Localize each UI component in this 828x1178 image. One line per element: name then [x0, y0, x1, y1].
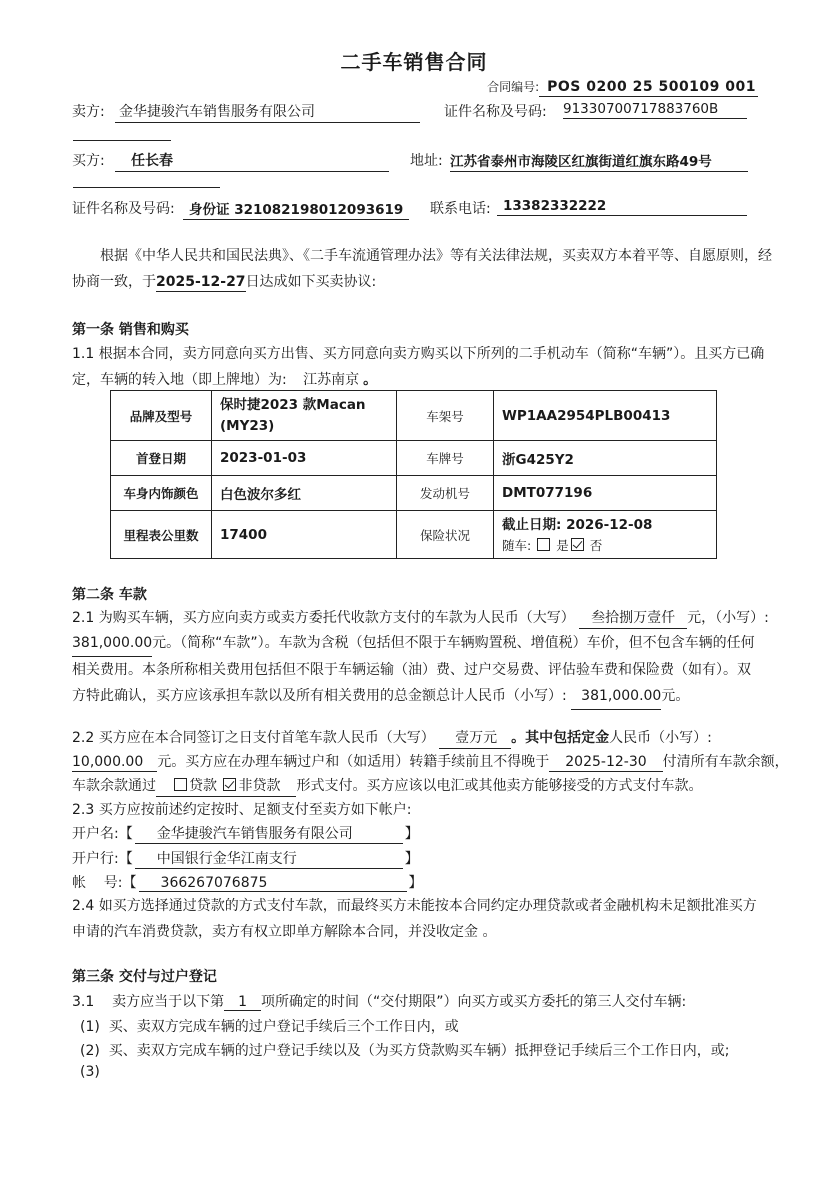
table-row: 车身内饰颜色 白色波尔多红 发动机号 DMT077196: [111, 476, 717, 511]
article-1-1-line-1: 1.1 根据本合同，卖方同意向买方出售、买方同意向卖方购买以下所列的二手机动车（…: [72, 343, 764, 363]
buyer-label: 买方:: [72, 150, 105, 170]
preamble-text: 协商一致，于: [72, 274, 156, 290]
insurance-expiry: 截止日期: 2026-12-08: [502, 514, 708, 536]
article-3-1-text-b: 项所确定的时间（“交付期限”）向买方或买方委托的第三人交付车辆:: [261, 994, 686, 1010]
article-2-1-text: 2.1 为购买车辆，买方应向卖方或卖方委托代收款方支付的车款为人民币（大写）: [72, 610, 575, 626]
article-3-1-text: 3.1 卖方应当于以下第: [72, 994, 224, 1010]
bracket: 【: [119, 826, 133, 842]
article-1-1-line-2: 定，车辆的转入地（即上牌地）为: 江苏南京。: [72, 369, 377, 391]
delivery-option-no: 1: [224, 994, 261, 1011]
with-car-label: 随车:: [502, 538, 531, 553]
destination-label: 定，车辆的转入地（即上牌地）为:: [72, 372, 287, 388]
buyer-phone-label: 联系电话:: [430, 198, 491, 218]
buyer-address: 江苏省泰州市海陵区红旗街道红旗东路49号: [450, 154, 712, 170]
account-number-label: 帐 号:: [72, 875, 123, 891]
article-2-4: 2.4 如买方选择通过贷款的方式支付车款，而最终买方未能按本合同约定办理贷款或者…: [72, 893, 762, 945]
plate-label: 车牌号: [397, 441, 494, 476]
period: 。: [511, 730, 525, 746]
delivery-option-2: (2) 买、卖双方完成车辆的过户登记手续以及（为买方贷款购买车辆）抵押登记手续后…: [80, 1040, 729, 1060]
buyer-address-label: 地址:: [410, 150, 443, 170]
price-upper: 叁拾捌万壹仟: [579, 607, 687, 629]
vehicle-info-table: 品牌及型号 保时捷2023 款Macan (MY23) 车架号 WP1AA295…: [110, 390, 717, 559]
article-2-1-body: 381,000.00元。（简称“车款”）。车款为含税（包括但不限于车辆购置税、增…: [72, 630, 762, 710]
non-loan-label: 非贷款: [238, 778, 280, 794]
article-3-1: 3.1 卖方应当于以下第1项所确定的时间（“交付期限”）向买方或买方委托的第三人…: [72, 991, 686, 1011]
engine-no-value: DMT077196: [494, 476, 717, 511]
destination-value: 江苏南京: [291, 369, 363, 391]
insurance-label: 保险状况: [397, 511, 494, 559]
contract-number: 合同编号:POS 0200 25 500109 001: [487, 78, 758, 95]
article-2-2-text: 2.2 买方应在本合同签订之日支付首笔车款人民币（大写）: [72, 730, 435, 746]
article-1-heading: 第一条 销售和购买: [72, 319, 189, 339]
seller-id-label: 证件名称及号码:: [444, 101, 547, 121]
account-name-row: 开户名:【金华捷骏汽车销售服务有限公司】: [72, 823, 419, 844]
account-bank-label: 开户行:: [72, 851, 119, 867]
first-payment-lower: 10,000.00: [72, 754, 157, 772]
article-2-1-end: 元。: [661, 688, 689, 704]
contract-number-label: 合同编号:: [487, 80, 539, 94]
buyer-id-label: 证件名称及号码:: [72, 198, 175, 218]
loan-label: 贷款: [189, 778, 217, 794]
price-lower: 381,000.00: [72, 630, 152, 657]
insurance-no-label: 否: [590, 538, 603, 553]
buyer-name-field: 任长春: [115, 150, 389, 172]
agreement-date: 2025-12-27: [156, 274, 246, 292]
total-lower: 381,000.00: [571, 683, 661, 710]
delivery-option-3: (3): [80, 1064, 100, 1080]
account-number-row: 帐 号:【366267076875】: [72, 872, 423, 892]
payment-method-label: 车款余款通过: [72, 778, 156, 794]
table-row: 品牌及型号 保时捷2023 款Macan (MY23) 车架号 WP1AA295…: [111, 391, 717, 441]
insurance-no-checkbox[interactable]: [571, 538, 584, 551]
buyer-phone-field: 13382332222: [497, 198, 747, 216]
buyer-continuation-line: [73, 187, 220, 188]
bracket: 】: [409, 875, 423, 891]
non-loan-checkbox[interactable]: [223, 778, 236, 791]
account-bank: 中国银行金华江南支行: [135, 848, 403, 869]
article-2-2-text-g: 形式支付。买方应该以电汇或其他卖方能够接受的方式支付车款。: [296, 778, 702, 794]
first-payment-upper: 壹万元: [439, 727, 511, 749]
delivery-option-1: (1) 买、卖双方完成车辆的过户登记手续后三个工作日内，或: [80, 1016, 459, 1036]
deposit-included-text: 其中包括定金: [525, 730, 609, 746]
account-name: 金华捷骏汽车销售服务有限公司: [135, 823, 403, 844]
account-bank-row: 开户行:【中国银行金华江南支行】: [72, 848, 419, 869]
article-2-1-text-b: 元，（小写）:: [687, 610, 769, 626]
engine-no-label: 发动机号: [397, 476, 494, 511]
color-label: 车身内饰颜色: [111, 476, 212, 511]
first-registration-value: 2023-01-03: [212, 441, 397, 476]
article-2-3: 2.3 买方应按前述约定按时、足额支付至卖方如下帐户:: [72, 799, 411, 819]
buyer-address-field: 江苏省泰州市海陵区红旗街道红旗东路49号: [450, 150, 748, 172]
article-2-2-line-2: 10,000.00元。买方应在办理车辆过户和（如适用）转籍手续前且不得晚于202…: [72, 751, 789, 772]
vin-label: 车架号: [397, 391, 494, 441]
seller-name-field: 金华捷骏汽车销售服务有限公司: [115, 101, 420, 123]
preamble-line-2: 协商一致，于2025-12-27日达成如下买卖协议:: [72, 271, 376, 292]
color-value: 白色波尔多红: [212, 476, 397, 511]
seller-id-value: 91330700717883760B: [563, 101, 718, 117]
brand-model-value: 保时捷2023 款Macan (MY23): [212, 391, 397, 441]
plate-value: 浙G425Y2: [494, 441, 717, 476]
period: 。: [363, 372, 377, 388]
article-2-2-text-c: 人民币（小写）:: [609, 730, 712, 746]
bracket: 【: [119, 851, 133, 867]
insurance-yes-label: 是: [556, 538, 569, 553]
bracket: 】: [405, 826, 419, 842]
article-2-2-line-3: 车款余款通过贷款 非贷款形式支付。买方应该以电汇或其他卖方能够接受的方式支付车款…: [72, 775, 702, 797]
preamble-text-end: 日达成如下买卖协议:: [246, 274, 377, 290]
brand-model-label: 品牌及型号: [111, 391, 212, 441]
article-2-2-text-d: 元。买方应在办理车辆过户和（如适用）转籍手续前且不得晚于: [157, 754, 549, 770]
table-row: 首登日期 2023-01-03 车牌号 浙G425Y2: [111, 441, 717, 476]
article-3-heading: 第三条 交付与过户登记: [72, 966, 217, 986]
seller-label: 卖方:: [72, 101, 105, 121]
account-number: 366267076875: [139, 875, 407, 892]
vin-value: WP1AA2954PLB00413: [494, 391, 717, 441]
bracket: 【: [123, 875, 137, 891]
buyer-name: 任长春: [115, 153, 173, 169]
insurance-yes-checkbox[interactable]: [537, 538, 550, 551]
buyer-phone: 13382332222: [497, 198, 606, 214]
insurance-with-car: 随车: 是 否: [502, 536, 708, 556]
account-name-label: 开户名:: [72, 826, 119, 842]
payment-method-field: 贷款 非贷款: [156, 775, 296, 797]
article-2-1-line-1: 2.1 为购买车辆，买方应向卖方或卖方委托代收款方支付的车款为人民币（大写） 叁…: [72, 607, 769, 629]
insurance-cell: 截止日期: 2026-12-08 随车: 是 否: [494, 511, 717, 559]
bracket: 】: [405, 851, 419, 867]
article-2-heading: 第二条 车款: [72, 584, 147, 604]
article-2-2-line-1: 2.2 买方应在本合同签订之日支付首笔车款人民币（大写） 壹万元。其中包括定金人…: [72, 727, 712, 749]
first-registration-label: 首登日期: [111, 441, 212, 476]
seller-id-field: 91330700717883760B: [563, 101, 747, 119]
preamble-line-1: 根据《中华人民共和国民法典》、《二手车流通管理办法》等有关法律法规，买卖双方本着…: [100, 245, 772, 265]
buyer-id-value: 身份证 321082198012093619: [183, 202, 403, 218]
document-title: 二手车销售合同: [0, 46, 828, 75]
odometer-label: 里程表公里数: [111, 511, 212, 559]
buyer-id-field: 身份证 321082198012093619: [183, 198, 409, 220]
odometer-value: 17400: [212, 511, 397, 559]
balance-deadline: 2025-12-30: [549, 754, 662, 772]
article-2-2-text-e: 付清所有车款余额，: [663, 754, 789, 770]
table-row: 里程表公里数 17400 保险状况 截止日期: 2026-12-08 随车: 是…: [111, 511, 717, 559]
seller-continuation-line: [73, 140, 171, 141]
loan-checkbox[interactable]: [174, 778, 187, 791]
contract-number-value: POS 0200 25 500109 001: [539, 79, 758, 97]
seller-name: 金华捷骏汽车销售服务有限公司: [115, 104, 315, 120]
